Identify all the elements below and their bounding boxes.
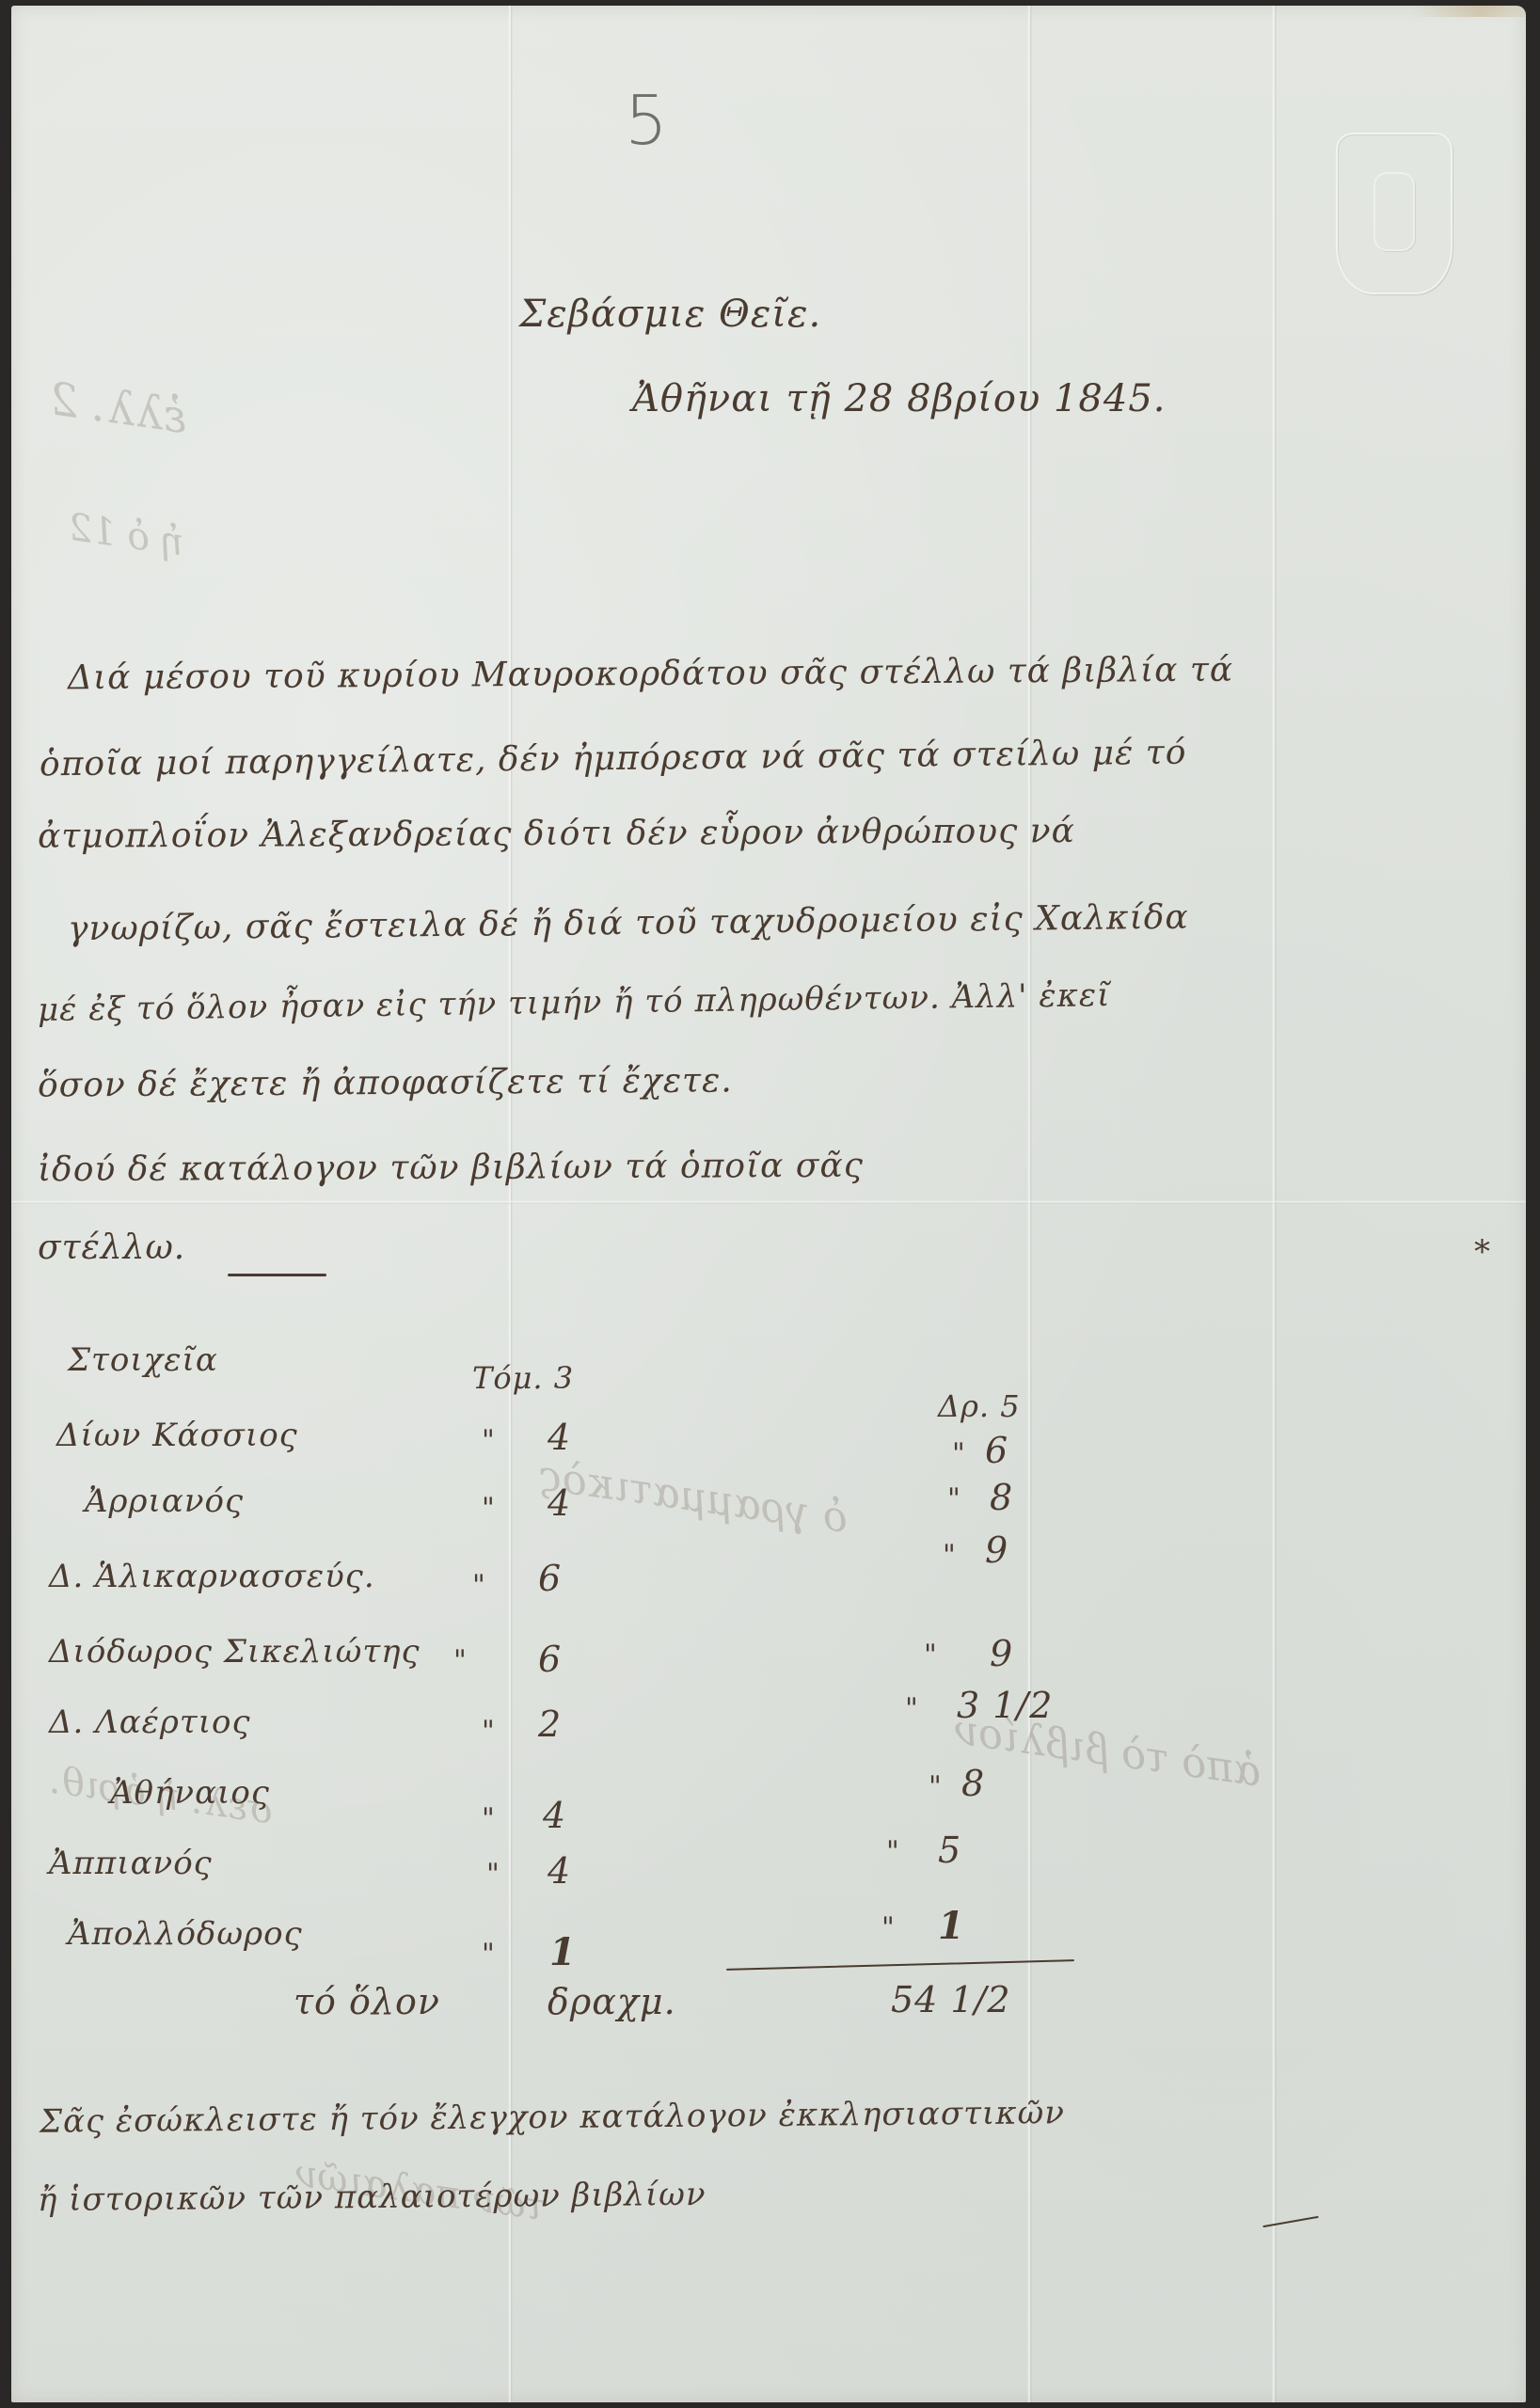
list-row: Δ. Λαέρτιος " 2 " 3 1/2 (11, 1703, 1526, 1760)
book-title: Διόδωρος Σικελιώτης (49, 1633, 421, 1671)
salutation: Σεβάσμιε Θεῖε. (519, 293, 821, 336)
body-line: ἀτμοπλοΐον Ἀλεξανδρείας διότι δέν εὗρον … (38, 812, 1075, 856)
price-drachmas: 9 (985, 1529, 1008, 1571)
body-line: Διά μέσου τοῦ κυρίου Μαυροκορδάτου σᾶς σ… (68, 651, 1233, 698)
total-amount: 54 1/2 (891, 1979, 1011, 2020)
list-header-name: Στοιχεῖα (68, 1341, 218, 1379)
volume-count: 4 (548, 1482, 571, 1524)
ditto-mark: " (472, 1569, 486, 1602)
ditto-mark: " (482, 1492, 496, 1525)
edge-stain (1413, 6, 1526, 17)
emboss-crest-icon (1373, 172, 1415, 251)
letter-page: ἐλλ. 2 ἡ ὁ 12 ὁ γραμματικὸς ἀπὸ τὸ βιβλί… (11, 6, 1526, 2402)
book-title: Ἀππιανός (49, 1845, 213, 1882)
book-title: Δίων Κάσσιος (56, 1417, 298, 1454)
fold-line-vertical (1027, 6, 1032, 2402)
section-rule (228, 1274, 326, 1276)
book-title: Ἀθήναιος (110, 1774, 270, 1812)
ditto-mark: " (482, 1424, 496, 1457)
ditto-mark: " (453, 1644, 468, 1677)
ditto-mark: " (943, 1539, 957, 1572)
fold-line-vertical (1272, 6, 1277, 2402)
price-drachmas: 8 (961, 1763, 985, 1804)
dateline: Ἀθῆναι τῇ 28 8βρίου 1845. (632, 377, 1166, 420)
volume-count: 6 (538, 1558, 562, 1599)
ditto-mark: " (886, 1835, 900, 1868)
total-currency: δραχμ. (548, 1981, 676, 2022)
body-line: ἰδού δέ κατάλογον τῶν βιβλίων τά ὁποῖα σ… (38, 1147, 864, 1190)
price-drachmas: 6 (985, 1430, 1008, 1471)
fold-line-vertical (508, 6, 513, 2402)
volume-count: 4 (548, 1417, 571, 1458)
embossed-stamp-icon (1336, 133, 1453, 294)
price-drachmas: 5 (938, 1830, 961, 1871)
closing-line: ἤ ἱστορικῶν τῶν παλαιοτέρων βιβλίων (38, 2176, 706, 2219)
ditto-mark: " (486, 1858, 500, 1891)
book-title: Δ. Ἁλικαρνασσεύς. (49, 1558, 375, 1595)
ditto-mark: " (924, 1639, 938, 1671)
volume-count: 2 (538, 1703, 562, 1745)
ditto-mark: " (881, 1911, 896, 1944)
margin-asterisk: * (1474, 1233, 1491, 1271)
body-line: ὁποῖα μοί παρηγγείλατε, δέν ἠμπόρεσα νά … (40, 734, 1187, 784)
volume-count: 4 (548, 1850, 571, 1892)
list-row: Ἀρριανός " 4 " 8 (11, 1482, 1526, 1539)
ditto-mark: " (482, 1938, 496, 1971)
volume-count: 1 (549, 1930, 577, 1974)
bleed-through-text: ἐλλ. 2 (46, 372, 191, 444)
price-drachmas: 1 (938, 1904, 965, 1948)
price-drachmas: 8 (990, 1477, 1013, 1518)
price-drachmas: 9 (990, 1633, 1013, 1674)
ditto-mark: " (929, 1770, 943, 1803)
ditto-mark: " (952, 1437, 966, 1470)
list-row: Ἀπολλόδωρος " 1 " 1 (11, 1915, 1526, 1972)
ditto-mark: " (905, 1692, 919, 1725)
body-line: γνωρίζω, σᾶς ἔστειλα δέ ἤ διά τοῦ ταχυδρ… (68, 898, 1189, 948)
list-row: Ἀθήναιος " 4 " 8 (11, 1774, 1526, 1830)
list-row: Δίων Κάσσιος " 4 " 6 (11, 1417, 1526, 1473)
body-line: ὅσον δέ ἔχετε ἤ ἀποφασίζετε τί ἔχετε. (38, 1061, 733, 1104)
fold-line-horizontal (11, 1200, 1526, 1204)
book-title: Ἀρριανός (85, 1482, 244, 1520)
list-row: Ἀππιανός " 4 " 5 (11, 1845, 1526, 1901)
list-row: Διόδωρος Σικελιώτης " 6 " 9 (11, 1633, 1526, 1689)
body-line: μέ ἐξ τό ὅλον ἦσαν εἰς τήν τιμήν ἤ τό πλ… (38, 976, 1111, 1029)
price-drachmas: 3 1/2 (957, 1685, 1053, 1726)
bleed-through-text: ἡ ὁ 12 (65, 506, 187, 565)
list-row: Δ. Ἁλικαρνασσεύς. " 6 " 9 (11, 1558, 1526, 1614)
ditto-mark: " (482, 1802, 496, 1835)
ditto-mark: " (482, 1715, 496, 1748)
ditto-mark: " (947, 1482, 961, 1515)
volume-count: 4 (543, 1795, 566, 1836)
total-label: τό ὅλον (294, 1981, 440, 2022)
book-title: Δ. Λαέρτιος (49, 1703, 251, 1741)
list-header-volumes: Τόμ. 3 (472, 1360, 574, 1396)
closing-line: Σᾶς ἐσώκλειστε ἤ τόν ἔλεγχον κατάλογον ἐ… (40, 2094, 1065, 2141)
page-number: 5 (625, 81, 668, 160)
volume-count: 6 (538, 1639, 562, 1680)
book-title: Ἀπολλόδωρος (68, 1915, 303, 1953)
body-line: στέλλω. (38, 1228, 185, 1267)
